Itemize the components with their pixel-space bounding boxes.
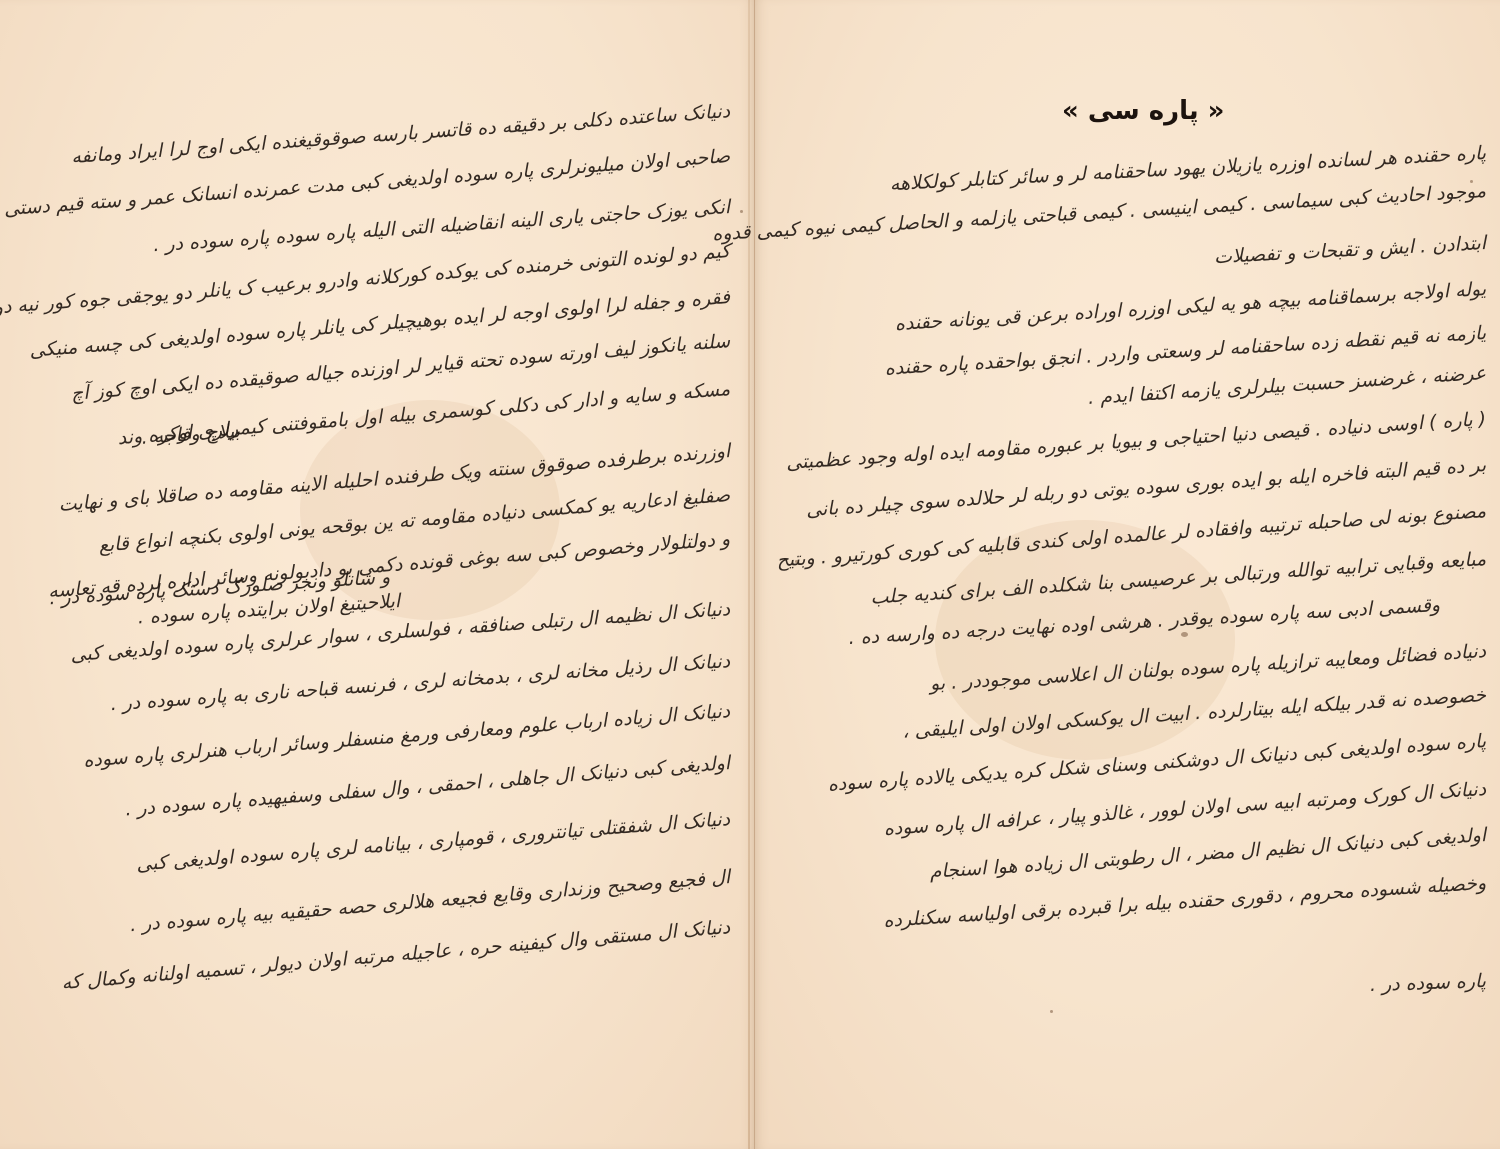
- ink-speck: [740, 210, 743, 213]
- ink-speck: [1470, 180, 1473, 183]
- page-gutter: [748, 0, 750, 1149]
- right-page-heading: « پاره سی »: [1062, 96, 1224, 126]
- ink-speck: [1050, 1010, 1053, 1013]
- ink-speck: [795, 560, 798, 563]
- ink-speck: [1181, 632, 1188, 637]
